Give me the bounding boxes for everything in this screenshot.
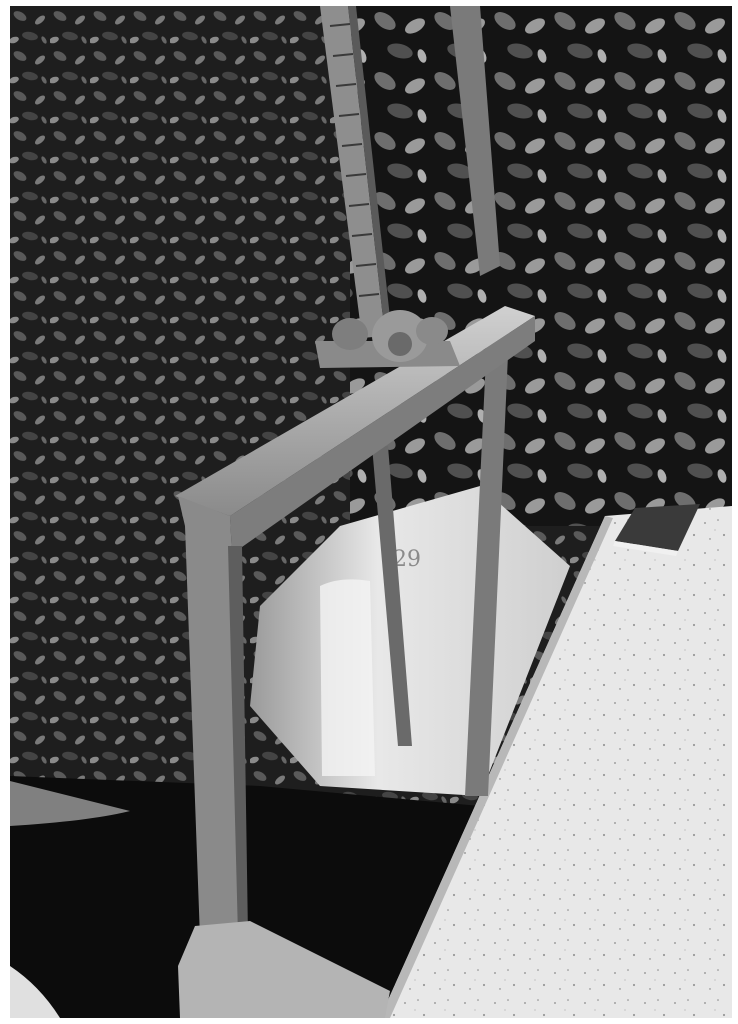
photograph: 29 bbox=[10, 6, 732, 1018]
foliage-large-leaves bbox=[350, 6, 732, 526]
sluice-gate-scene: 29 bbox=[10, 6, 732, 1018]
